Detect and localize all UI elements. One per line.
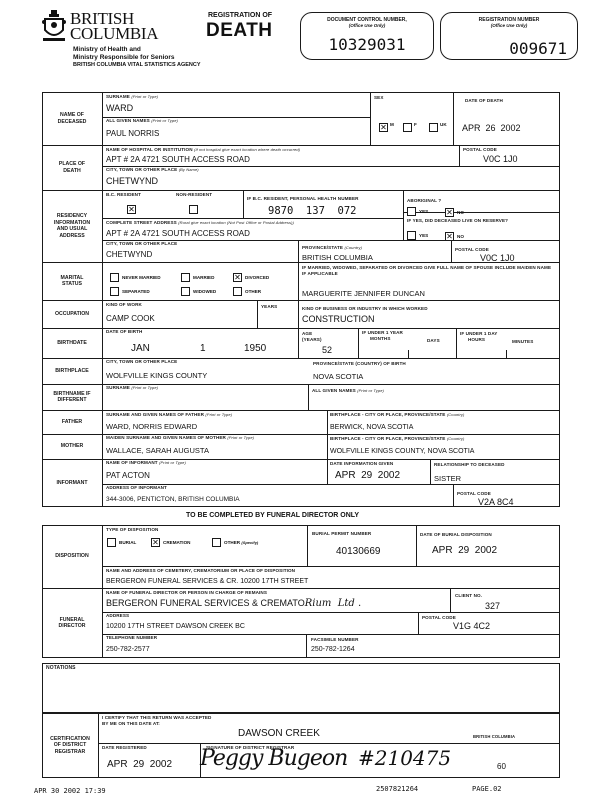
disposition-other-checkbox[interactable]: [212, 538, 221, 547]
certification-place: DAWSON CREEK: [238, 729, 320, 739]
telephone-label: Telephone Number: [106, 636, 157, 641]
father-name-value: WARD, NORRIS EDWARD: [106, 423, 197, 431]
disposition-date-value: APR 29 2002: [432, 546, 497, 556]
street-address-label: Complete Street Address (Rural give exac…: [106, 221, 294, 226]
fax-number: 2507821264: [376, 785, 418, 793]
section-birthdate: Birthdate: [42, 328, 102, 358]
birth-day: 1: [200, 344, 206, 354]
section-birthname: Birthname if Different: [42, 384, 102, 410]
disposition-place-value: BERGERON FUNERAL SERVICES & CR. 10200 17…: [106, 578, 308, 585]
funeral-director-name-typed: BERGERON FUNERAL SERVICES & CREMATO: [106, 598, 305, 608]
province-name: British Columbia: [70, 11, 158, 41]
fax-label: Facsimile Number: [311, 638, 359, 643]
age-label: Age (Years): [302, 331, 328, 342]
fax-page: PAGE.02: [472, 785, 502, 793]
funeral-director-name-label: Name of Funeral Director or Person in Ch…: [106, 591, 267, 596]
certify-label-line1: I certify that this return was accepted: [102, 716, 211, 721]
disposition-place-label: Name and Address of Cemetery, Crematoriu…: [106, 569, 295, 574]
place-city-value: CHETWYND: [106, 177, 158, 186]
informant-name-label: Name of Informant (Print or Type): [106, 461, 186, 466]
client-number-label: Client No.: [455, 594, 482, 599]
residence-city-value: CHETWYND: [106, 251, 152, 259]
disposition-type-label: Type of Disposition: [106, 528, 158, 533]
sex-female-label: F: [414, 123, 417, 128]
reserve-label: If Yes, did deceased live on reserve?: [407, 219, 508, 224]
birthplace-province-label: Province/State (Country) of Birth: [313, 362, 406, 367]
section-funeral-director: Funeral Director: [42, 588, 102, 658]
date-registered-value: APR 29 2002: [107, 760, 172, 770]
birth-year: 1950: [244, 344, 266, 354]
kind-of-work-value: CAMP COOK: [106, 315, 155, 323]
reserve-yes-label: Yes: [419, 234, 428, 239]
under-day-label: If under 1 day: [460, 332, 497, 337]
section-occupation: Occupation: [42, 300, 102, 328]
district-code: 60: [497, 763, 506, 771]
months-label: Months: [370, 337, 391, 342]
informant-date-label: Date Information Given: [330, 462, 393, 467]
funeral-director-banner: To be completed by Funeral Director only: [186, 512, 359, 519]
registration-number-box: Registration Number (Office Use Only) 00…: [440, 12, 578, 60]
residence-city-label: City, Town or Other Place: [106, 242, 177, 247]
birthname-given-label: All Given Names (Print or Type): [312, 389, 384, 394]
informant-address-label: Address of Informant: [106, 486, 167, 491]
registrar-signature: Peggy Bugeon: [200, 748, 347, 770]
birthplace-city-value: WOLFVILLE KINGS COUNTY: [106, 372, 207, 380]
province-line2: Columbia: [70, 26, 158, 41]
hospital-value: APT # 2A 4721 SOUTH ACCESS ROAD: [106, 156, 250, 164]
informant-postal-label: Postal Code: [457, 492, 491, 497]
marital-married-checkbox[interactable]: [181, 273, 190, 282]
relationship-label: Relationship to Deceased: [434, 463, 505, 468]
informant-date-value: APR 29 2002: [335, 471, 400, 481]
document-control-sublabel: (Office Use Only): [301, 23, 433, 28]
informant-address-value: 344-3006, PENTICTON, BRITISH COLUMBIA: [106, 497, 240, 504]
disposition-burial-label: Burial: [119, 541, 136, 546]
section-marital-status: Marital Status: [42, 262, 102, 300]
marital-separated-checkbox[interactable]: [110, 287, 119, 296]
section-residency: Residency Information and Usual Address: [42, 190, 102, 262]
non-resident-checkbox[interactable]: [189, 205, 198, 214]
disposition-date-label: Date of Burial Disposition: [420, 533, 492, 538]
section-place-of-death: Place of Death: [42, 145, 102, 190]
given-names-value: PAUL NORRIS: [106, 130, 159, 138]
date-registered-label: Date Registered: [102, 746, 147, 751]
reserve-yes-checkbox[interactable]: [407, 231, 416, 240]
section-certification: Certification of District Registrar: [42, 713, 98, 778]
place-postal-label: Postal Code: [463, 148, 497, 153]
sex-unknown-label: UK: [440, 123, 447, 128]
certify-label-line2: by me on this date at:: [102, 722, 160, 727]
section-informant: Informant: [42, 459, 102, 507]
certification-province: British Columbia: [473, 735, 515, 739]
notations-label: Notations: [46, 666, 76, 671]
notations-frame: [42, 663, 560, 713]
disposition-burial-checkbox[interactable]: [107, 538, 116, 547]
hospital-label: Name of Hospital or Institution (If not …: [106, 148, 300, 153]
registration-number-sublabel: (Office Use Only): [441, 23, 577, 28]
aboriginal-yes-label: Yes: [419, 210, 428, 215]
place-postal-value: V0C 1J0: [483, 155, 518, 164]
sex-label: Sex: [374, 96, 384, 101]
marital-widowed-checkbox[interactable]: [181, 287, 190, 296]
disposition-cremation-checkbox[interactable]: [151, 538, 160, 547]
aboriginal-label: Aboriginal ?: [407, 199, 441, 204]
funeral-postal-label: Postal Code: [422, 616, 456, 621]
section-name-of-deceased: Name of Deceased: [42, 92, 102, 145]
years-label: Years: [261, 305, 277, 310]
section-mother: Mother: [42, 434, 102, 459]
days-label: Days: [427, 339, 440, 344]
business-value: CONSTRUCTION: [302, 315, 375, 324]
client-number-value: 327: [485, 602, 500, 611]
bc-crest-icon: [42, 10, 66, 44]
section-father: Father: [42, 410, 102, 434]
sex-male-checkbox[interactable]: [379, 123, 388, 132]
residence-province-label: Province/State (Country): [302, 246, 362, 251]
bc-resident-label: B.C. Resident: [106, 193, 141, 198]
marital-other-label: Other: [245, 290, 261, 295]
funeral-director-name-handwritten: Rium Ltd .: [305, 598, 361, 609]
birth-month: JAN: [131, 344, 150, 354]
birthname-surname-label: Surname (Print or Type): [106, 386, 158, 391]
spouse-label: If married, widowed, separated or divorc…: [302, 265, 552, 276]
reserve-no-checkbox[interactable]: [445, 232, 454, 241]
residence-province-value: BRITISH COLUMBIA: [302, 254, 373, 262]
business-label: Kind of Business or Industry in which wo…: [302, 307, 428, 312]
street-address-value: APT # 2A 4721 SOUTH ACCESS ROAD: [106, 230, 250, 238]
telephone-value: 250-782-2577: [106, 646, 150, 653]
informant-name-value: PAT ACTON: [106, 472, 150, 480]
registration-handwritten-number: #210475: [358, 748, 451, 768]
mother-birthplace-value: WOLFVILLE KINGS COUNTY, NOVA SCOTIA: [330, 448, 474, 455]
marital-widowed-label: Widowed: [193, 290, 216, 295]
document-control-box: Document Control Number, (Office Use Onl…: [300, 12, 434, 60]
form-title: DEATH: [206, 20, 273, 42]
burial-permit-value: 40130669: [336, 547, 381, 557]
birthplace-province-value: NOVA SCOTIA: [313, 373, 363, 381]
funeral-director-name-value: BERGERON FUNERAL SERVICES & CREMATORium …: [106, 599, 361, 609]
date-of-death-value: APR 26 2002: [462, 124, 521, 133]
phn-value: 9870 137 072: [268, 206, 357, 217]
spouse-value: MARGUERITE JENNIFER DUNCAN: [302, 290, 425, 298]
registration-number: 009671: [509, 39, 567, 58]
mother-birthplace-label: Birthplace - City or Place, Province/Sta…: [330, 437, 464, 442]
form-title-small: Registration of: [208, 12, 272, 19]
bc-resident-checkbox[interactable]: [127, 205, 136, 214]
marital-never-married-label: Never Married: [122, 276, 161, 281]
under-year-label: If under 1 year: [362, 331, 403, 336]
marital-separated-label: Separated: [122, 290, 150, 295]
kind-of-work-label: Kind of Work: [106, 303, 142, 308]
non-resident-label: Non-Resident: [176, 193, 212, 198]
date-of-death-label: Date of Death: [465, 99, 503, 104]
mother-name-value: WALLACE, SARAH AUGUSTA: [106, 447, 209, 455]
father-name-label: Surname and Given Names of Father (Print…: [106, 413, 232, 418]
fax-value: 250-782-1264: [311, 646, 355, 653]
marital-other-checkbox[interactable]: [233, 287, 242, 296]
surname-value: WARD: [106, 104, 133, 113]
reserve-no-label: No: [457, 235, 464, 240]
phn-label: If B.C. Resident, Personal Health Number: [247, 197, 359, 202]
residence-postal-value: V0C 1J0: [480, 254, 515, 263]
marital-never-married-checkbox[interactable]: [110, 273, 119, 282]
surname-label: Surname (Print or Type): [106, 95, 158, 100]
section-birthplace: Birthplace: [42, 358, 102, 384]
agency-name: British Columbia Vital Statistics Agency: [73, 62, 201, 68]
father-birthplace-label: Birthplace - City or Place, Province/Sta…: [330, 413, 464, 418]
marital-divorced-checkbox[interactable]: [233, 273, 242, 282]
fax-timestamp: APR 30 2002 17:39: [34, 787, 106, 795]
funeral-address-value: 10200 17TH STREET DAWSON CREEK BC: [106, 623, 245, 630]
burial-permit-label: Burial Permit Number: [312, 532, 371, 537]
relationship-value: SISTER: [434, 475, 461, 483]
sex-unknown-checkbox[interactable]: [429, 123, 438, 132]
section-disposition: Disposition: [42, 525, 102, 588]
sex-male-label: M: [390, 123, 394, 128]
aboriginal-yes-checkbox[interactable]: [407, 207, 416, 216]
minutes-label: Minutes: [512, 340, 533, 345]
disposition-other-label: Other (Specify): [224, 541, 258, 546]
mother-name-label: Maiden Surname and Given Names of Mother…: [106, 436, 254, 441]
place-city-label: City, Town or Other Place (By Name): [106, 168, 199, 173]
document-control-number: 10329031: [301, 35, 433, 54]
informant-postal-value: V2A 8C4: [478, 498, 514, 507]
aboriginal-no-label: No: [457, 211, 464, 216]
given-names-label: All Given Names (Print or Type): [106, 119, 178, 124]
ministry-line2: Ministry Responsible for Seniors: [73, 54, 175, 61]
father-birthplace-value: BERWICK, NOVA SCOTIA: [330, 424, 413, 431]
ministry-line1: Ministry of Health and: [73, 46, 141, 53]
birthplace-city-label: City, Town or Other Place: [106, 360, 177, 365]
sex-female-checkbox[interactable]: [403, 123, 412, 132]
marital-married-label: Married: [193, 276, 214, 281]
funeral-postal-value: V1G 4C2: [453, 622, 490, 631]
date-of-birth-label: Date of Birth: [106, 330, 142, 335]
age-value: 52: [322, 346, 332, 355]
residence-postal-label: Postal Code: [455, 248, 489, 253]
disposition-cremation-label: Cremation: [163, 541, 190, 546]
aboriginal-no-checkbox[interactable]: [445, 208, 454, 217]
funeral-address-label: Address: [106, 614, 129, 619]
marital-divorced-label: Divorced: [245, 276, 269, 281]
hours-label: Hours: [468, 338, 485, 343]
